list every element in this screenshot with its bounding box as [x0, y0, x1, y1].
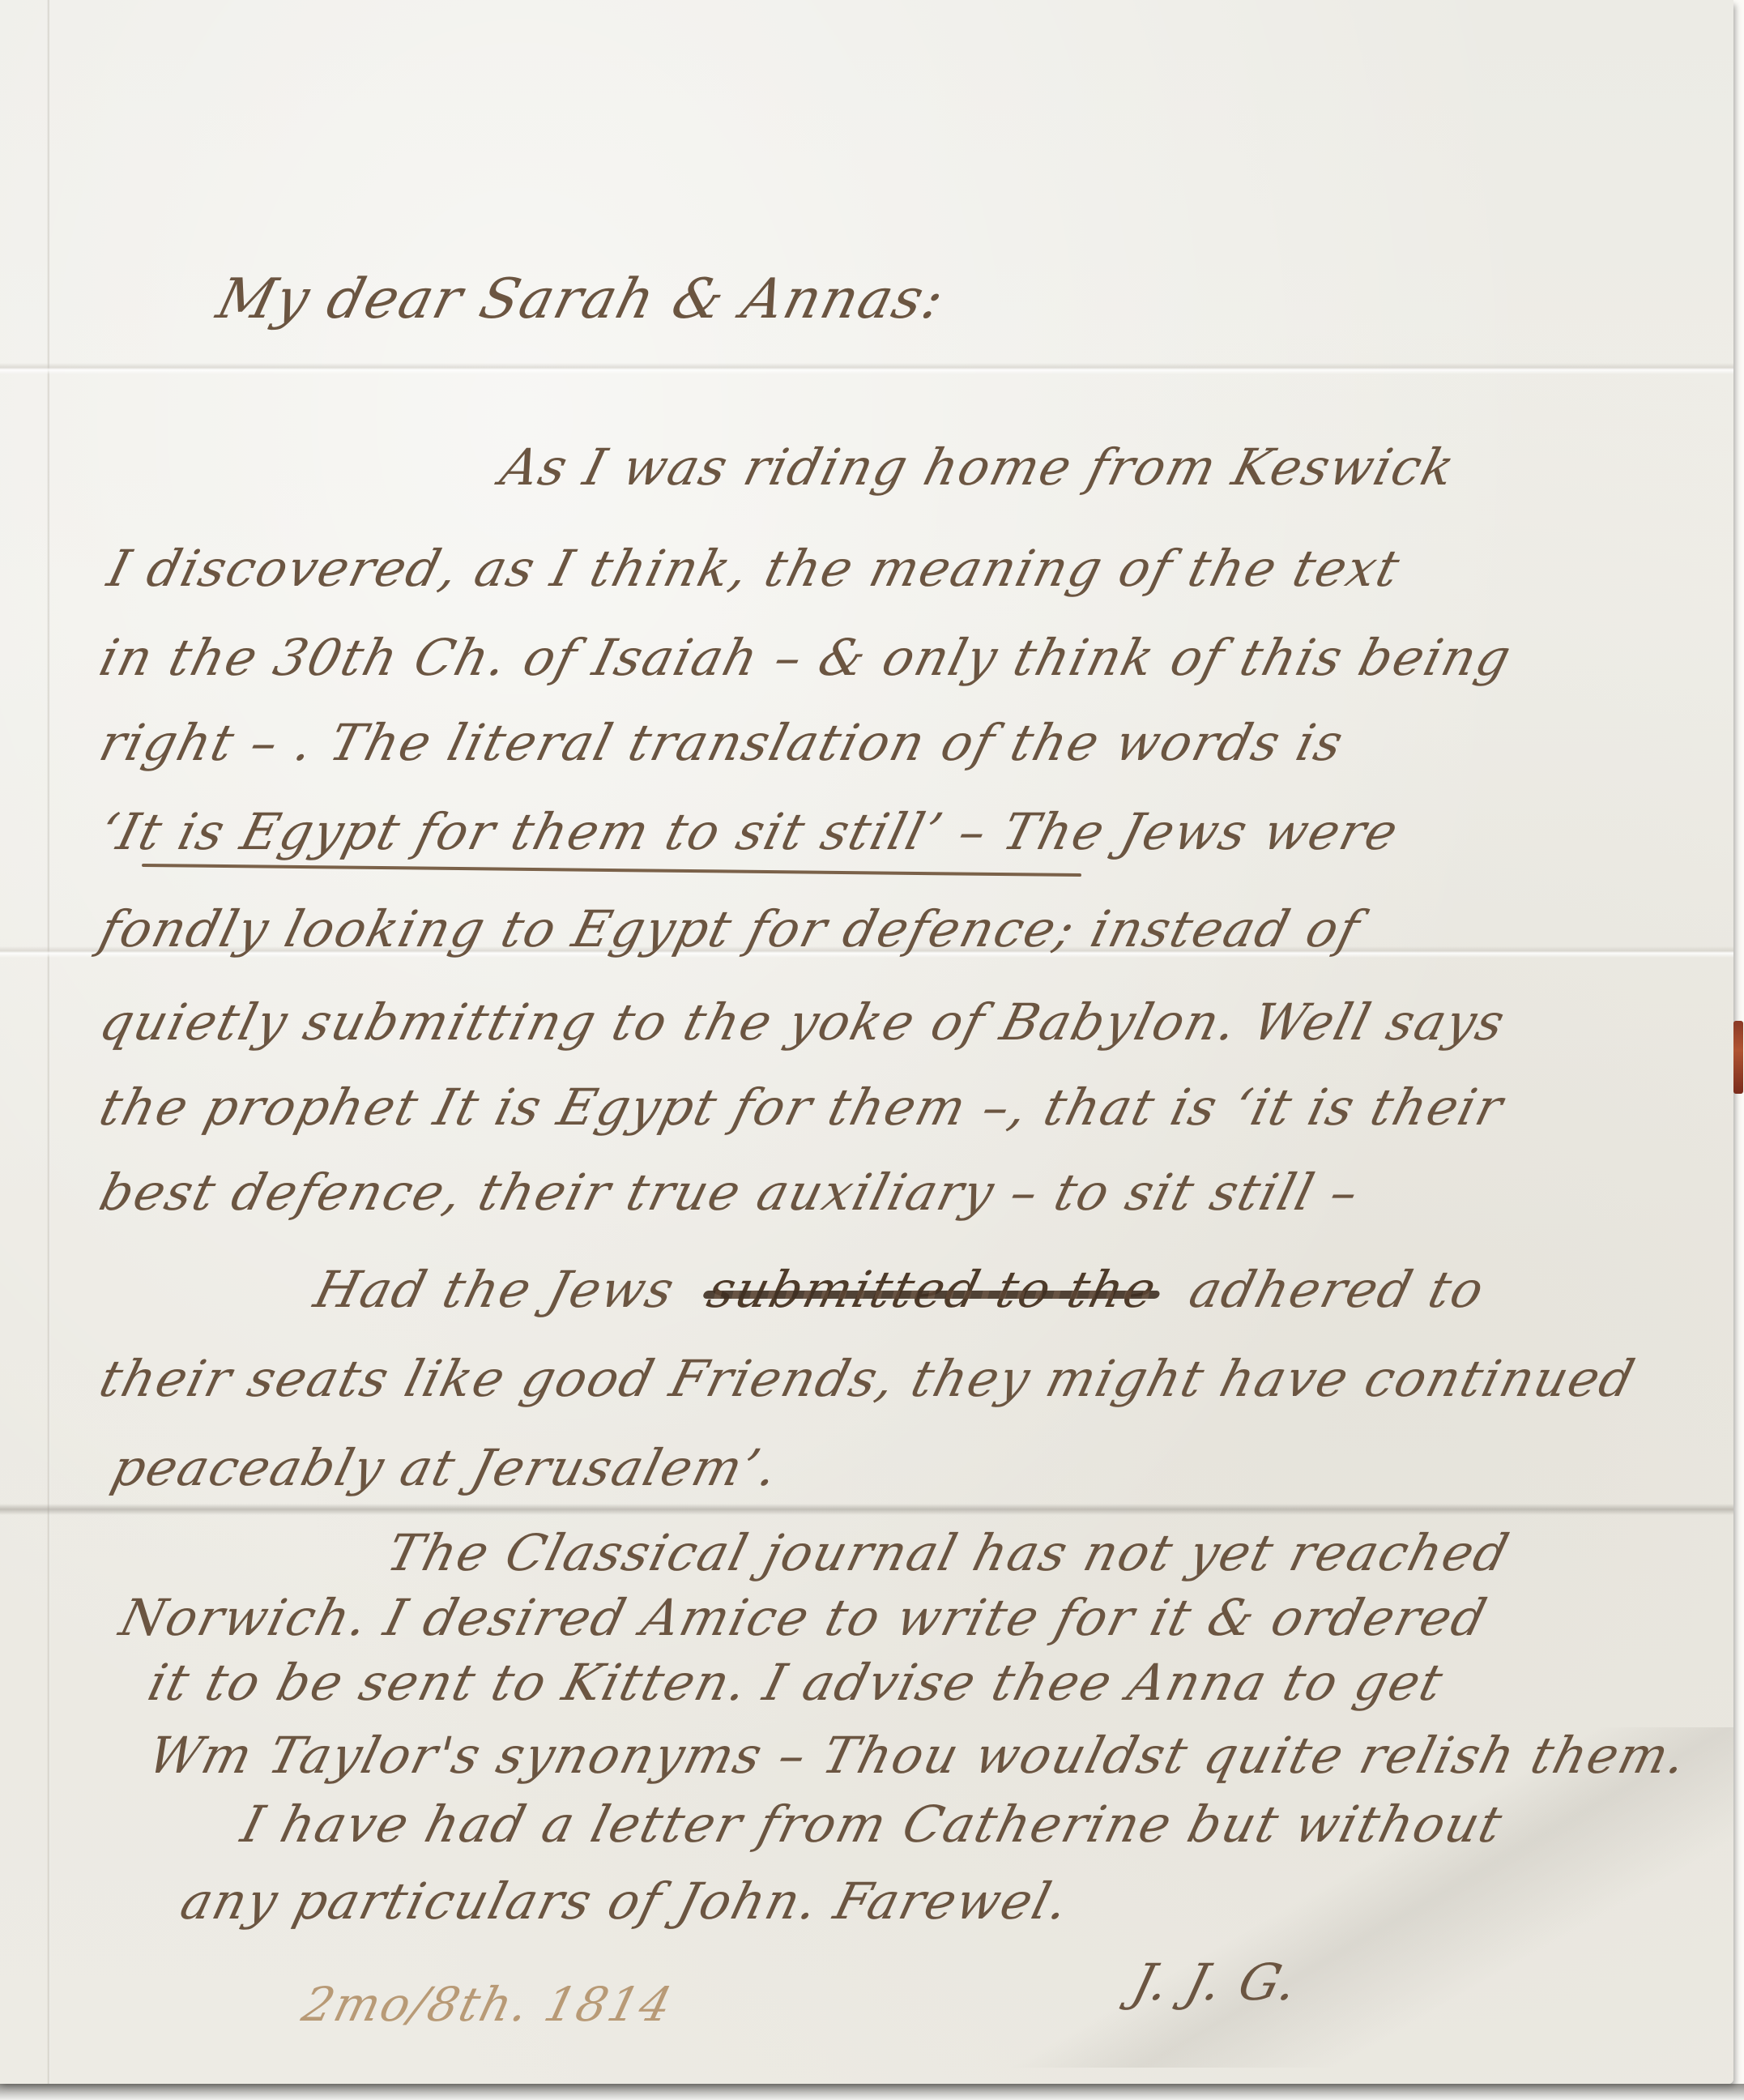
letter-line-6: fondly looking to Egypt for defence; ins… [94, 899, 1367, 958]
quote-underline [142, 864, 1081, 877]
scanned-letter: My dear Sarah & Annas: As I was riding h… [0, 0, 1744, 2100]
letter-line-11: their seats like good Friends, they migh… [94, 1349, 1642, 1408]
letter-line-12: peaceably at Jerusalem’. [106, 1438, 785, 1497]
letter-line-7: quietly submitting to the yoke of Babylo… [94, 992, 1512, 1052]
letter-date: 2mo/8th. 1814 [297, 1977, 679, 2032]
red-wax-seal-fragment [1733, 1021, 1743, 1094]
fold-crease [0, 1504, 1733, 1515]
letter-line-17: I have had a letter from Catherine but w… [236, 1795, 1509, 1854]
letter-line-14: Norwich. I desired Amice to write for it… [114, 1588, 1494, 1647]
letter-line-18: any particulars of John. Farewel. [175, 1872, 1076, 1931]
salutation: My dear Sarah & Annas: [211, 267, 952, 331]
letter-line-10: Had the Jews submitted to the adhered to [309, 1260, 1491, 1319]
struck-through-text: submitted to the [701, 1260, 1163, 1319]
letter-line-8: the prophet It is Egypt for them –, that… [94, 1078, 1510, 1137]
letter-line-5-underlined-quote: ‘It is Egypt for them to sit still’ – Th… [94, 802, 1405, 861]
letter-line-15: it to be sent to Kitten. I advise thee A… [143, 1653, 1450, 1712]
scan-bottom-edge [0, 2084, 1744, 2100]
letter-line-9: best defence, their true auxiliary – to … [94, 1163, 1366, 1222]
left-fold-crease [47, 0, 50, 2084]
signature: J. J. G. [1127, 1953, 1305, 2012]
letter-line-13: The Classical journal has not yet reache… [382, 1523, 1516, 1582]
letter-line-16: Wm Taylor's synonyms – Thou wouldst quit… [143, 1726, 1694, 1785]
letter-line-3: in the 30th Ch. of Isaiah – & only think… [94, 628, 1518, 687]
fold-crease [0, 363, 1733, 374]
letter-line-2: I discovered, as I think, the meaning of… [102, 539, 1407, 598]
letter-line-4: right – . The literal translation of the… [94, 713, 1350, 772]
letter-line-1: As I was riding home from Keswick [495, 437, 1462, 497]
paper-sheet: My dear Sarah & Annas: As I was riding h… [0, 0, 1733, 2084]
